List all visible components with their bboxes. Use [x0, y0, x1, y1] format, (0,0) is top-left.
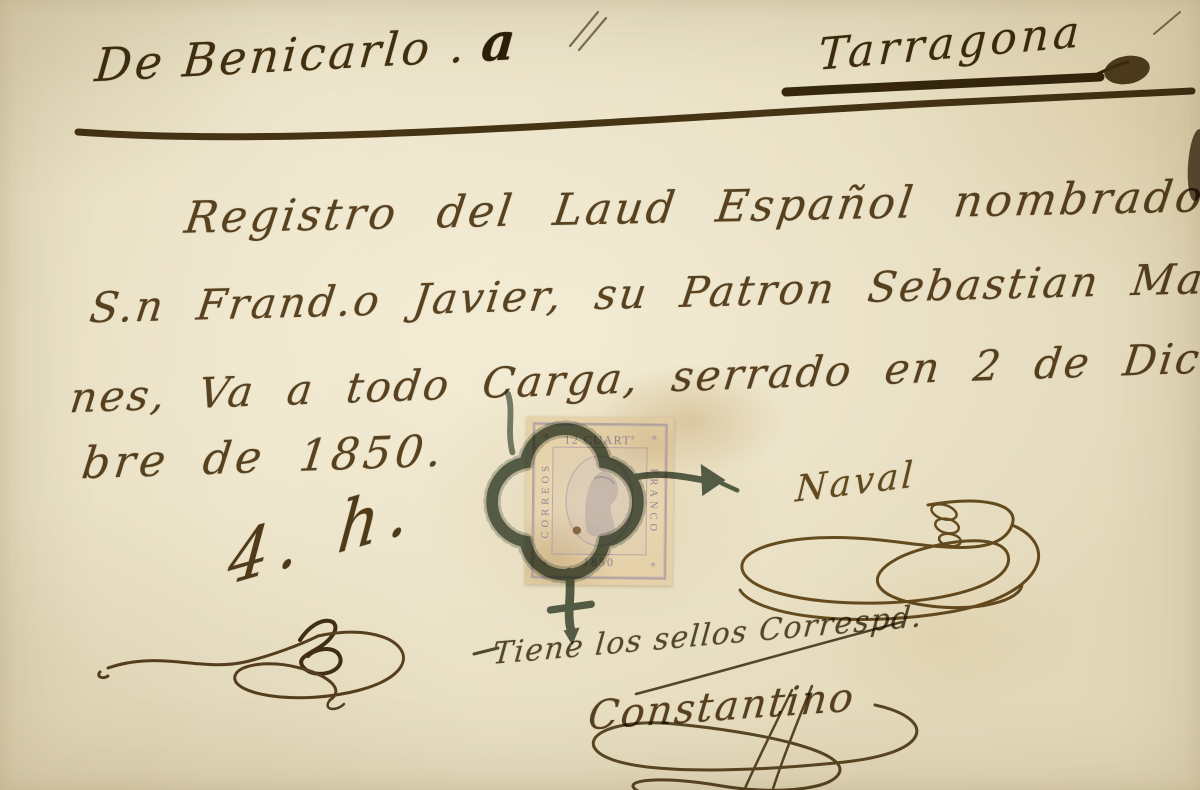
stamp-year: 1850: [553, 555, 644, 571]
initials-mark: 4. h.: [224, 465, 422, 602]
origin-script: De Benicarlo .a: [93, 11, 521, 95]
stamps-note: Tiene los sellos Correspd.: [491, 599, 924, 672]
stamp-franco-label: FRANCO: [646, 450, 659, 554]
stamp-portrait-frame: [551, 447, 647, 556]
stamp-corner-ornament-icon: ✳: [651, 434, 658, 443]
handwriting-line-1: Registro del Laud Español nombrado: [182, 171, 1200, 244]
stamp-correos-label: CORREOS: [539, 448, 552, 552]
underline-flourish: [78, 91, 1192, 137]
stamp-frame: ✳ ✳ ✳ ✳ 12 CUARTs CORREOS FRANCO 1850: [531, 422, 668, 579]
destination-script: Tarragona: [817, 6, 1084, 81]
stamp-corner-ornament-icon: ✳: [541, 559, 548, 568]
bottom-signature: Constantino: [586, 674, 858, 739]
stamp-corner-ornament-icon: ✳: [543, 432, 550, 441]
origin-text: De Benicarlo .: [93, 18, 470, 92]
origin-particle: a: [479, 11, 521, 74]
document-page: ✳ ✳ ✳ ✳ 12 CUARTs CORREOS FRANCO 1850: [0, 0, 1200, 790]
postage-stamp: ✳ ✳ ✳ ✳ 12 CUARTs CORREOS FRANCO 1850: [525, 416, 674, 586]
naval-signature: Naval: [794, 454, 917, 510]
queen-portrait-icon: [552, 448, 646, 555]
handwriting-line-2: S.n Frand.o Javier, su Patron Sebastian …: [87, 253, 1200, 333]
left-paraph-flourish: [99, 621, 404, 709]
handwriting-line-3: nes, Va a todo Carga, serrado en 2 de Di…: [67, 331, 1200, 423]
stamp-corner-ornament-icon: ✳: [650, 561, 657, 570]
ink-blot: [1102, 52, 1152, 88]
